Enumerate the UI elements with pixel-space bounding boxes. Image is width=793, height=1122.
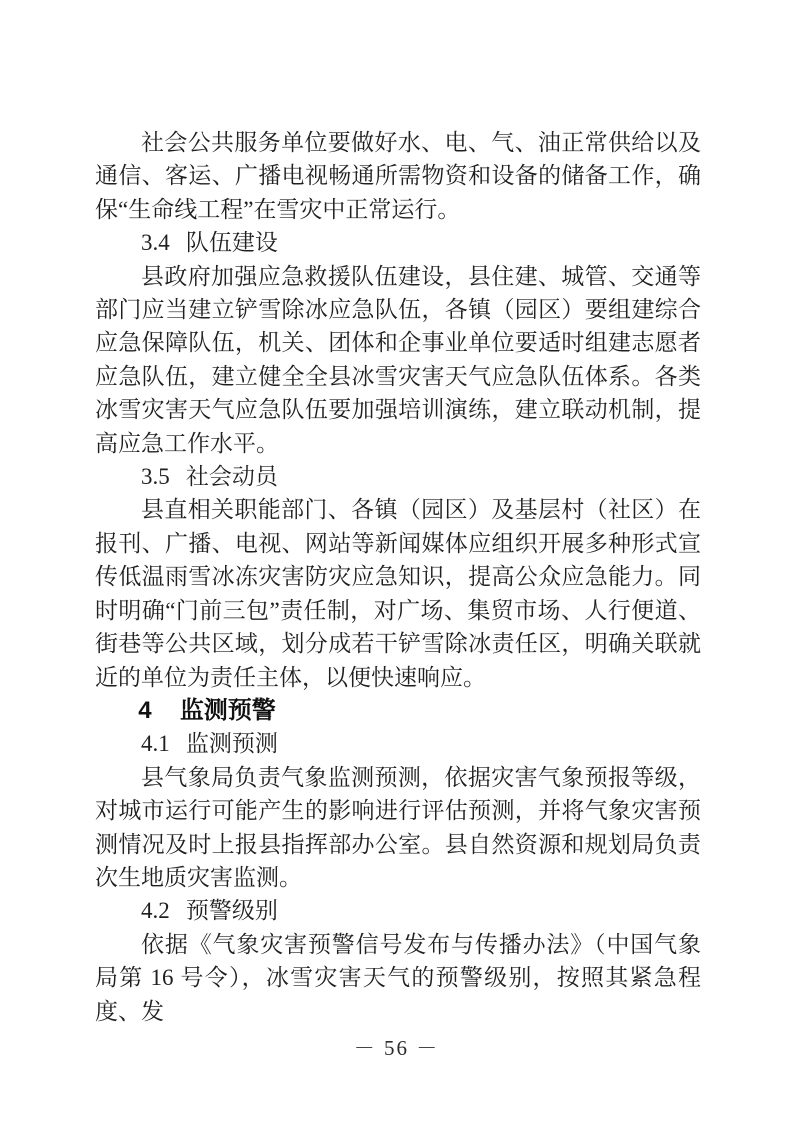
document-page: 社会公共服务单位要做好水、电、气、油正常供给以及通信、客运、广播电视畅通所需物资… xyxy=(0,0,793,1122)
page-number: － 56 － xyxy=(354,1036,440,1060)
heading-title: 社会动员 xyxy=(186,464,278,489)
heading-title: 监测预测 xyxy=(186,731,278,756)
paragraph-rescue-teams: 县政府加强应急救援队伍建设，县住建、城管、交通等部门应当建立铲雪除冰应急队伍，各… xyxy=(95,260,701,460)
paragraph-warning-level-basis: 依据《气象灾害预警信号发布与传播办法》（中国气象局第 16 号令），冰雪灾害天气… xyxy=(95,928,701,1028)
heading-3-4-team-building: 3.4 队伍建设 xyxy=(95,226,701,259)
heading-number: 4 xyxy=(138,697,151,724)
heading-4-monitoring-warning: 4 监测预警 xyxy=(95,694,701,727)
heading-4-2-warning-levels: 4.2 预警级别 xyxy=(95,894,701,927)
paragraph-public-service-supply: 社会公共服务单位要做好水、电、气、油正常供给以及通信、客运、广播电视畅通所需物资… xyxy=(95,126,701,226)
page-footer: － 56 － xyxy=(0,1032,793,1062)
heading-4-1-monitoring-forecast: 4.1 监测预测 xyxy=(95,727,701,760)
heading-title: 队伍建设 xyxy=(186,230,278,255)
heading-title: 预警级别 xyxy=(186,898,278,923)
heading-number: 4.2 xyxy=(141,898,170,923)
heading-number: 3.4 xyxy=(141,230,170,255)
paragraph-public-awareness: 县直相关职能部门、各镇（园区）及基层村（社区）在报刊、广播、电视、网站等新闻媒体… xyxy=(95,493,701,693)
heading-number: 3.5 xyxy=(141,464,170,489)
heading-title: 监测预警 xyxy=(180,697,276,724)
document-body: 社会公共服务单位要做好水、电、气、油正常供给以及通信、客运、广播电视畅通所需物资… xyxy=(95,126,701,1028)
paragraph-meteorological-monitoring: 县气象局负责气象监测预测，依据灾害气象预报等级，对城市运行可能产生的影响进行评估… xyxy=(95,761,701,895)
heading-number: 4.1 xyxy=(141,731,170,756)
heading-3-5-social-mobilization: 3.5 社会动员 xyxy=(95,460,701,493)
